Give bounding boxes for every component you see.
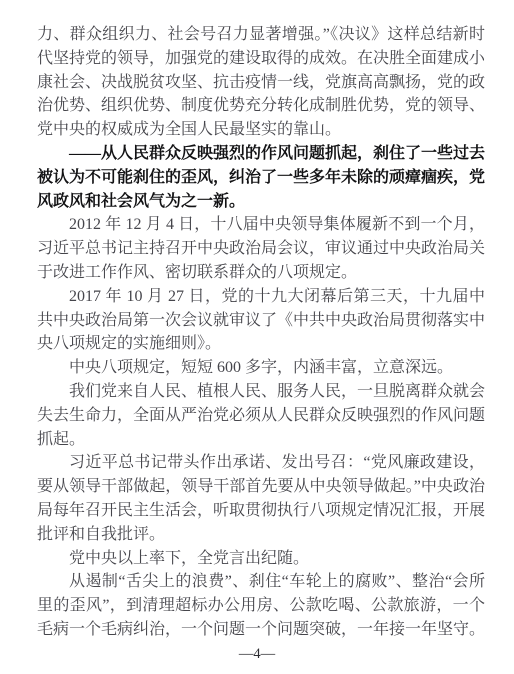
paragraph-party-roots: 我们党来自人民、植根人民、服务人民，一旦脱离群众就会失去生命力，全面从严治党必须… [37,380,485,451]
page-footer: —4— [0,645,514,663]
page-number: —4— [239,646,275,662]
paragraph-rectification-list: 从遏制“舌尖上的浪费”、刹住“车轮上的腐败”、整治“会所里的歪风”，到清理超标办… [37,570,485,641]
paragraph-regulation-summary: 中央八项规定，短短 600 多字，内涵丰富，立意深远。 [37,356,485,380]
paragraph-commitment: 习近平总书记带头作出承诺、发出号召：“党风廉政建设，要从领导干部做起，领导干部首… [37,451,485,546]
paragraph-2012-meeting: 2012 年 12 月 4 日，十八届中央领导集体履新不到一个月，习近平总书记主… [37,213,485,284]
paragraph-emphasis-summary: ——从人民群众反映强烈的作风问题抓起，刹住了一些过去被认为不可能刹住的歪风，纠治… [37,142,485,213]
document-page: 力、群众组织力、社会号召力显著增强。”《决议》这样总结新时代坚持党的领导，加强党… [0,0,514,674]
paragraph-leading-by-example: 党中央以上率下，全党言出纪随。 [37,547,485,571]
paragraph-continuation: 力、群众组织力、社会号召力显著增强。”《决议》这样总结新时代坚持党的领导，加强党… [37,23,485,142]
paragraph-2017-meeting: 2017 年 10 月 27 日，党的十九大闭幕后第三天，十九届中共中央政治局第… [37,285,485,356]
document-body: 力、群众组织力、社会号召力显著增强。”《决议》这样总结新时代坚持党的领导，加强党… [37,23,485,642]
